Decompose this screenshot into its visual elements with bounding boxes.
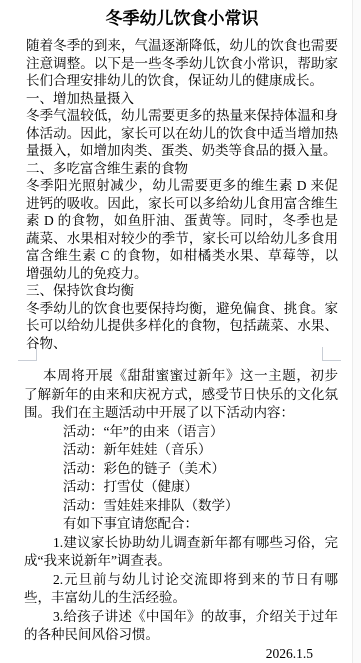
- section-heading-3: 三、保持饮食均衡: [26, 282, 338, 300]
- activity-line-5: 活动：雪娃娃来排队（数学）: [24, 497, 338, 516]
- section-body-1: 冬季气温较低，幼儿需要更多的热量来保持体温和身体活动。因此，家长可以在幼儿的饮食…: [26, 107, 338, 160]
- section-heading-1: 一、增加热量摄入: [26, 90, 338, 108]
- document-date: 2026.1.5: [24, 645, 338, 663]
- intro-paragraph: 随着冬季的到来，气温逐渐降低，幼儿的饮食也需要注意调整。以下是一些冬季幼儿饮食小…: [26, 37, 338, 90]
- notice-item-1: 1.建议家长协助幼儿调查新年都有哪些习俗，完成“我来说新年”调查表。: [24, 534, 338, 571]
- activity-line-4: 活动：打雪仗（健康）: [24, 478, 338, 497]
- document-title: 冬季幼儿饮食小常识: [26, 9, 338, 29]
- section-body-3: 冬季幼儿的饮食也要保持均衡，避免偏食、挑食。家长可以给幼儿提供多样化的食物，包括…: [26, 300, 338, 353]
- page-1: 冬季幼儿饮食小常识 随着冬季的到来，气温逐渐降低，幼儿的饮食也需要注意调整。以下…: [26, 9, 338, 352]
- notice-item-2: 2.元旦前与幼儿讨论交流即将到来的节日有哪些，丰富幼儿的生活经验。: [24, 571, 338, 608]
- activity-line-2: 活动：新年娃娃（音乐）: [24, 441, 338, 460]
- section-body-2: 冬季阳光照射减少，幼儿需要更多的维生素 D 来促进钙的吸收。因此，家长可以多给幼…: [26, 177, 338, 282]
- page-2: 本周将开展《甜甜蜜蜜过新年》这一主题，初步了解新年的由来和庆祝方式，感受节日快乐…: [24, 367, 338, 663]
- notice-item-3: 3.给孩子讲述《中国年》的故事，介绍关于过年的各种民间风俗习惯。: [24, 608, 338, 645]
- theme-intro-paragraph: 本周将开展《甜甜蜜蜜过新年》这一主题，初步了解新年的由来和庆祝方式，感受节日快乐…: [24, 367, 338, 423]
- page-edge: [352, 0, 361, 663]
- document-view: 冬季幼儿饮食小常识 随着冬季的到来，气温逐渐降低，幼儿的饮食也需要注意调整。以下…: [0, 0, 361, 663]
- text-boundary-mark-right: [322, 347, 341, 361]
- activity-line-1: 活动：“年”的由来（语言）: [24, 423, 338, 442]
- cooperation-intro-line: 有如下事宜请您配合：: [24, 515, 338, 534]
- section-heading-2: 二、多吃富含维生素的食物: [26, 160, 338, 178]
- activity-line-3: 活动：彩色的链子（美术）: [24, 460, 338, 479]
- text-boundary-mark-left: [18, 347, 37, 361]
